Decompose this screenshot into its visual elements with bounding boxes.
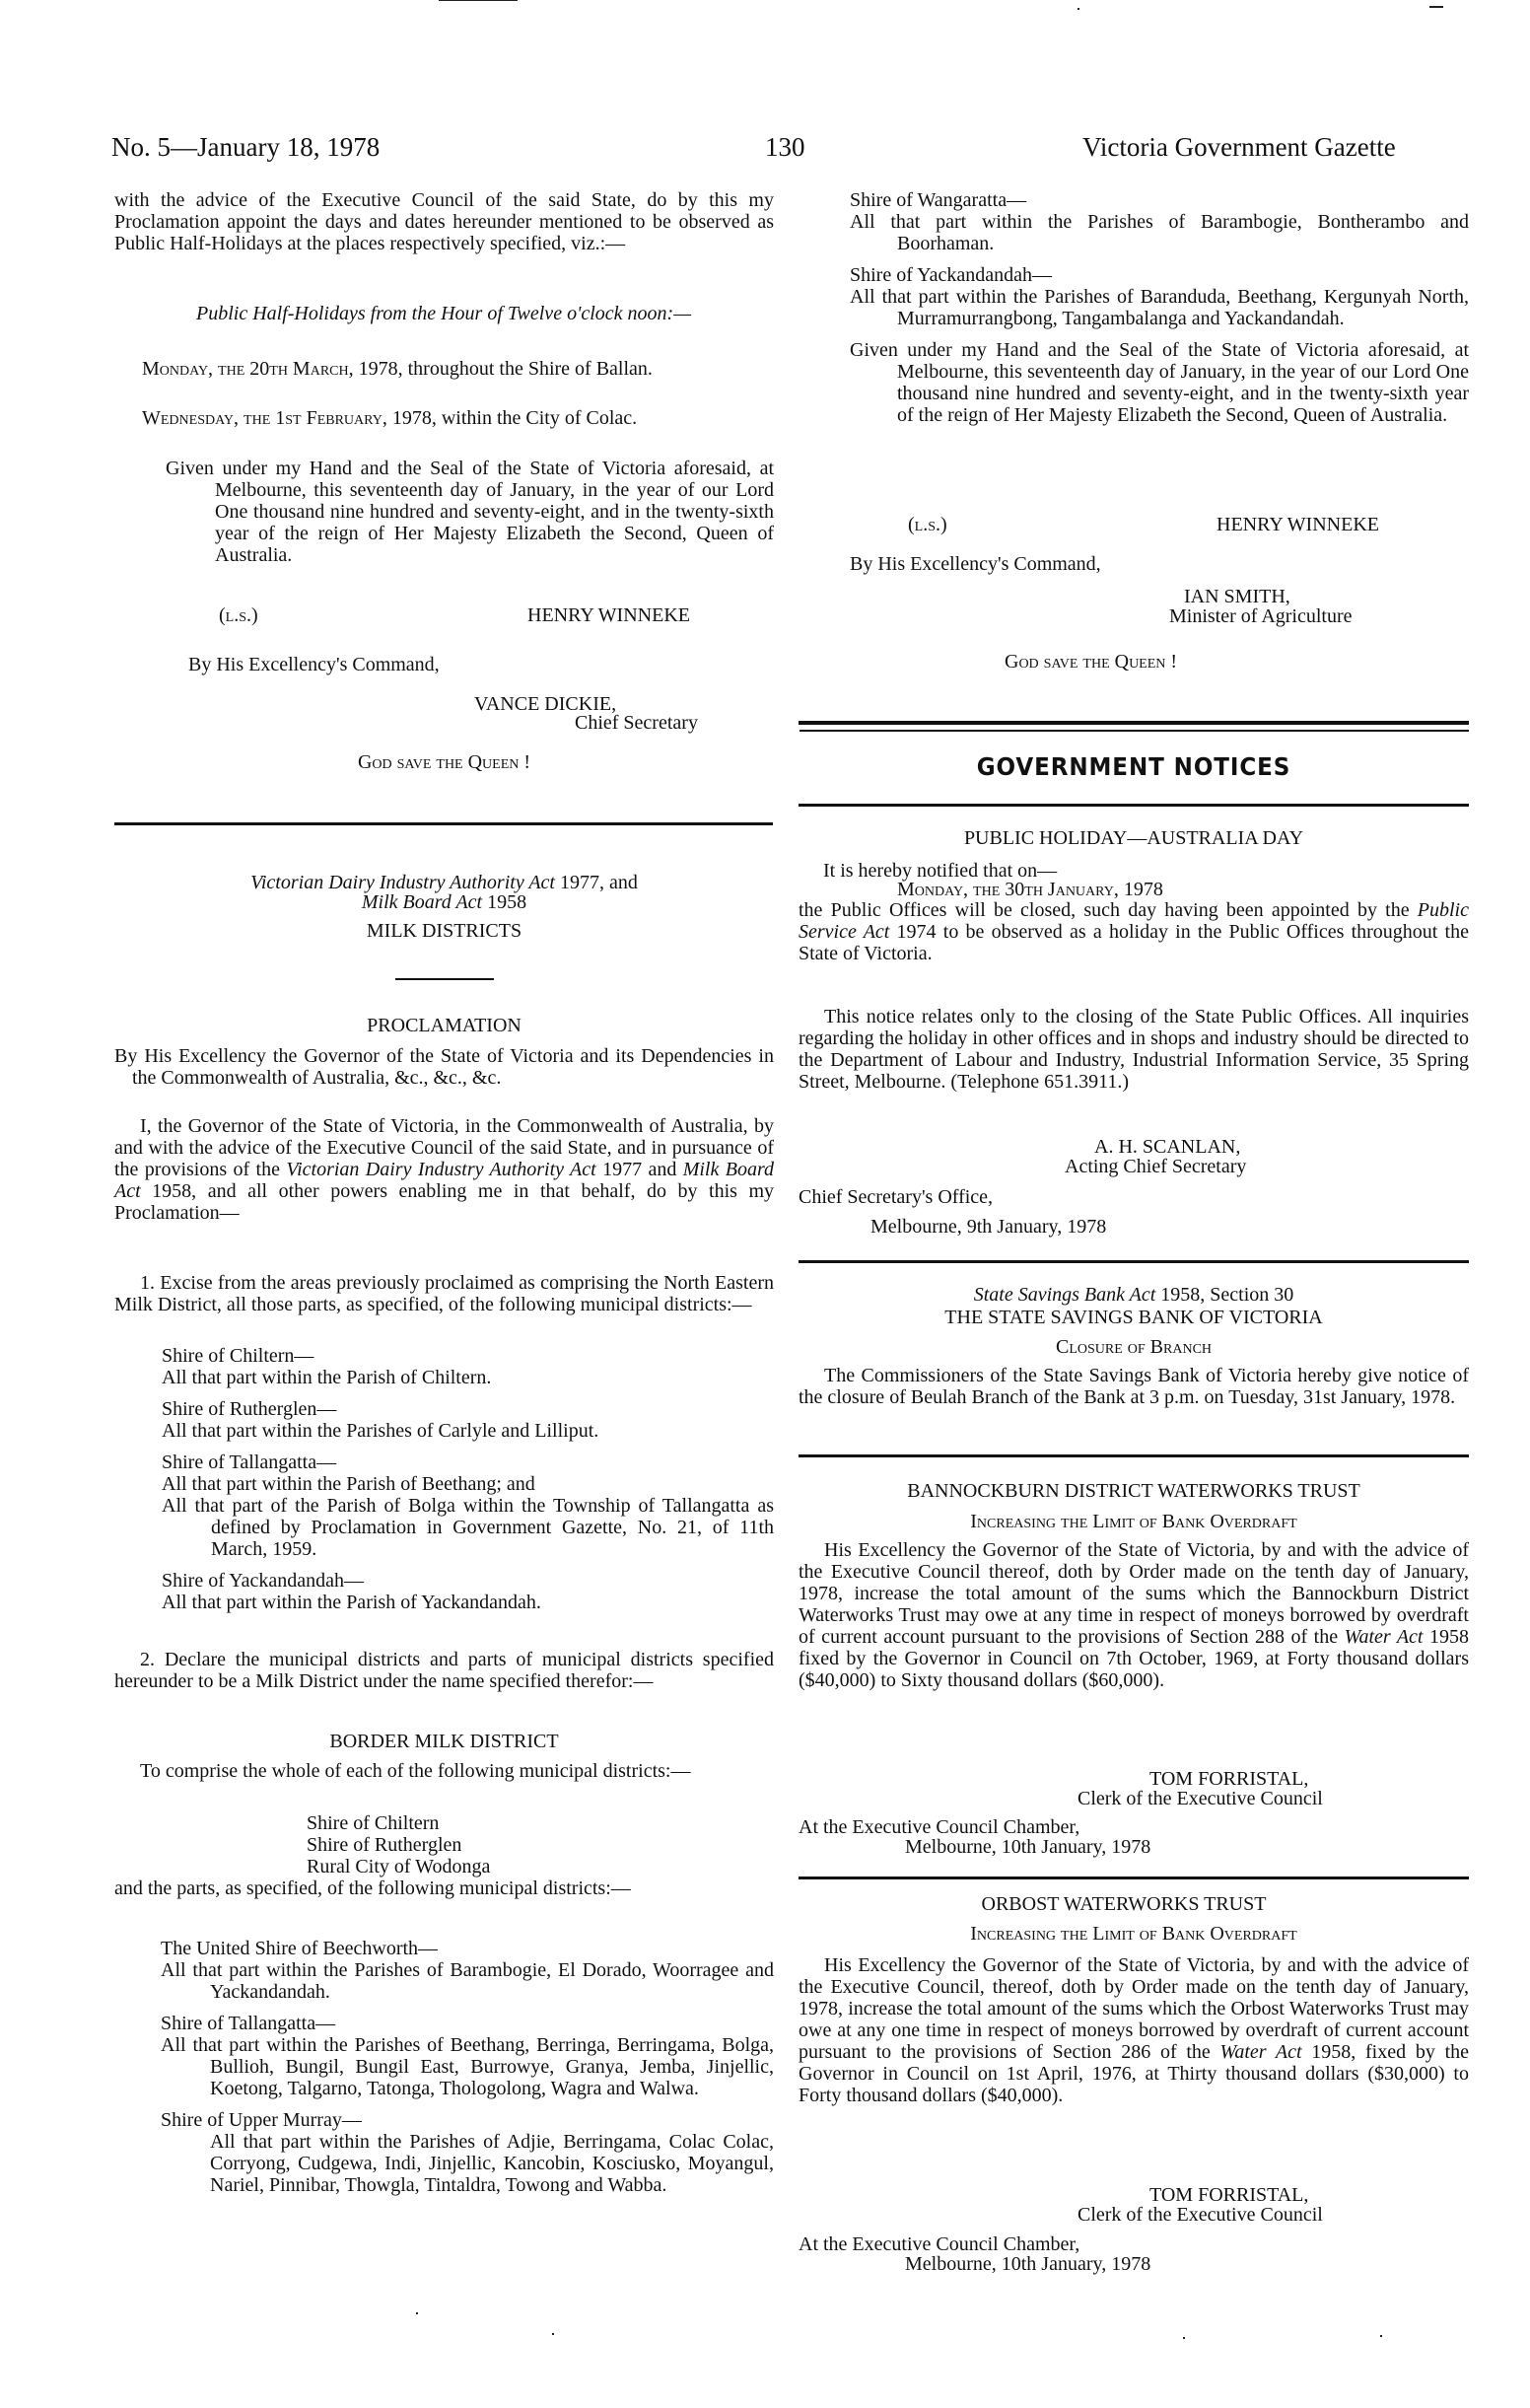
scan-speck <box>1380 2335 1382 2337</box>
given-under-hand: Given under my Hand and the Seal of the … <box>166 458 774 566</box>
page-number: 130 <box>765 132 805 162</box>
double-rule-bottom <box>800 730 1469 732</box>
office-line: Chief Secretary's Office, <box>799 1186 993 1208</box>
holiday-entry: Monday, the 20th March, 1978, throughout… <box>142 358 774 380</box>
bank-title: THE STATE SAVINGS BANK OF VICTORIA <box>799 1307 1469 1328</box>
shire-part: All that part within the Parish of Beeth… <box>162 1473 774 1495</box>
body-text: 1974 to be observed as a holiday in the … <box>799 921 1469 964</box>
scan-speck <box>416 2312 418 2314</box>
governor-name: HENRY WINNEKE <box>527 604 690 626</box>
signatory-title: Chief Secretary <box>575 712 698 734</box>
double-rule-top <box>799 721 1469 725</box>
district-item: Shire of Rutherglen <box>307 1834 490 1856</box>
whole-districts-list: Shire of Chiltern Shire of Rutherglen Ru… <box>307 1812 490 1877</box>
short-divider <box>395 978 494 980</box>
governor-name: HENRY WINNEKE <box>1217 514 1379 535</box>
district-item: Rural City of Wodonga <box>307 1856 490 1877</box>
given-under-hand: Given under my Hand and the Seal of the … <box>850 339 1469 426</box>
signatory-name: IAN SMITH, <box>1184 586 1290 607</box>
holiday-place: within the City of Colac. <box>442 407 637 429</box>
bannockburn-subtitle: Increasing the Limit of Bank Overdraft <box>799 1511 1469 1532</box>
seal: (l.s.) <box>219 604 258 626</box>
god-save-the-queen: God save the Queen ! <box>1005 651 1177 673</box>
seal: (l.s.) <box>908 514 947 535</box>
orbost-body: His Excellency the Governor of the State… <box>799 1954 1469 2106</box>
shire-part: All that part within the Parishes of Bar… <box>161 1959 774 2003</box>
act-name: Victorian Dairy Industry Authority Act <box>286 1159 595 1180</box>
shire-part: All that part within the Parishes of Car… <box>162 1420 774 1442</box>
clause-1: 1. Excise from the areas previously proc… <box>114 1272 774 1315</box>
signatory-title: Minister of Agriculture <box>1169 605 1353 627</box>
section-divider <box>799 804 1469 807</box>
proclamation-intro: with the advice of the Executive Council… <box>114 189 774 254</box>
place-date: Melbourne, 10th January, 1978 <box>905 2253 1150 2275</box>
shire-name: Shire of Tallangatta— <box>161 2013 774 2034</box>
section-divider <box>799 1877 1469 1879</box>
shire-name: Shire of Yackandandah— <box>850 264 1469 286</box>
shire-name: Shire of Rutherglen— <box>162 1398 774 1420</box>
act-name: Water Act <box>1220 2041 1302 2063</box>
signatory-name: A. H. SCANLAN, <box>1094 1136 1240 1158</box>
holiday-date: Monday, the 30th January, 1978 <box>897 879 1163 900</box>
god-save-the-queen: God save the Queen ! <box>114 751 774 773</box>
border-milk-district-title: BORDER MILK DISTRICT <box>114 1731 774 1752</box>
act-year: 1977, and <box>555 872 638 893</box>
australia-day-title: PUBLIC HOLIDAY—AUSTRALIA DAY <box>799 827 1469 849</box>
place-date: Melbourne, 10th January, 1978 <box>905 1836 1150 1858</box>
shire-name: Shire of Tallangatta— <box>162 1452 774 1473</box>
shire-part: All that part within the Parish of Yacka… <box>162 1592 774 1613</box>
australia-day-note: This notice relates only to the closing … <box>799 1006 1469 1093</box>
bank-act-line: State Savings Bank Act 1958, Section 30 <box>799 1284 1469 1306</box>
gazette-page: No. 5—January 18, 1978 130 Victoria Gove… <box>0 0 1530 2408</box>
clause-2: 2. Declare the municipal districts and p… <box>114 1649 774 1692</box>
shire-part: All that part within the Parishes of Bar… <box>850 211 1469 254</box>
bank-subtitle: Closure of Branch <box>799 1336 1469 1358</box>
shire-name: Shire of Yackandandah— <box>162 1570 774 1592</box>
district-item: Shire of Chiltern <box>307 1812 490 1834</box>
shire-name: The United Shire of Beechworth— <box>161 1938 774 1959</box>
orbost-title: ORBOST WATERWORKS TRUST <box>799 1893 1469 1915</box>
shire-part: All that part within the Parish of Chilt… <box>162 1367 774 1388</box>
scan-speck <box>1429 6 1443 8</box>
holiday-place: throughout the Shire of Ballan. <box>408 358 653 380</box>
comprise-text: To comprise the whole of each of the fol… <box>114 1760 774 1782</box>
holiday-date: Monday, the 20th March, 1978, <box>142 358 403 380</box>
signatory-name: TOM FORRISTAL, <box>1149 1768 1308 1790</box>
act-year: 1958 <box>482 891 526 913</box>
milk-act-line-1: Victorian Dairy Industry Authority Act 1… <box>114 872 774 893</box>
signatory-name: TOM FORRISTAL, <box>1149 2184 1308 2206</box>
act-name: Victorian Dairy Industry Authority Act <box>250 872 555 893</box>
act-name: Milk Board Act <box>362 891 482 913</box>
para-text: 1958, and all other powers enabling me i… <box>114 1180 774 1224</box>
section-divider <box>114 822 773 825</box>
scan-speck <box>1078 8 1079 10</box>
section-divider <box>799 1454 1469 1457</box>
para-text: 1977 and <box>596 1159 683 1180</box>
shire-name: Shire of Chiltern— <box>162 1345 774 1367</box>
act-name: State Savings Bank Act <box>974 1284 1156 1306</box>
proclamation-paragraph: I, the Governor of the State of Victoria… <box>114 1115 774 1224</box>
scan-speck <box>552 2333 554 2335</box>
act-name: Water Act <box>1345 1626 1424 1648</box>
shire-part: All that part of the Parish of Bolga wit… <box>162 1495 774 1560</box>
holiday-entry: Wednesday, the 1st February, 1978, withi… <box>142 407 774 429</box>
issue-number: No. 5—January 18, 1978 <box>111 132 380 162</box>
half-holiday-heading: Public Half-Holidays from the Hour of Tw… <box>138 303 749 324</box>
bank-body: The Commissioners of the State Savings B… <box>799 1365 1469 1408</box>
bannockburn-body: His Excellency the Governor of the State… <box>799 1539 1469 1691</box>
shire-name: Shire of Upper Murray— <box>161 2109 774 2131</box>
signatory-title: Clerk of the Executive Council <box>1078 2204 1323 2226</box>
command-line: By His Excellency's Command, <box>850 553 1101 575</box>
orbost-subtitle: Increasing the Limit of Bank Overdraft <box>799 1923 1469 1945</box>
shire-part: All that part within the Parishes of Bee… <box>161 2034 774 2099</box>
partial-districts-list: The United Shire of Beechworth— All that… <box>161 1938 774 2196</box>
act-section: 1958, Section 30 <box>1155 1284 1293 1306</box>
proclamation-title: PROCLAMATION <box>114 1015 774 1036</box>
scan-speck <box>1183 2337 1185 2339</box>
place-line: At the Executive Council Chamber, <box>799 2233 1079 2255</box>
place-line: At the Executive Council Chamber, <box>799 1816 1079 1838</box>
shire-part: All that part within the Parishes of Bar… <box>850 286 1469 329</box>
bannockburn-title: BANNOCKBURN DISTRICT WATERWORKS TRUST <box>799 1480 1469 1502</box>
publication-title: Victoria Government Gazette <box>1082 132 1396 162</box>
command-line: By His Excellency's Command, <box>188 654 440 675</box>
shire-part: All that part within the Parishes of Adj… <box>161 2131 774 2196</box>
holiday-date: Wednesday, the 1st February, 1978, <box>142 407 437 429</box>
and-parts-text: and the parts, as specified, of the foll… <box>114 1877 774 1899</box>
signatory-title: Acting Chief Secretary <box>1065 1156 1246 1177</box>
government-notices-heading: GOVERNMENT NOTICES <box>825 756 1442 778</box>
australia-day-body: the Public Offices will be closed, such … <box>799 899 1469 964</box>
signatory-title: Clerk of the Executive Council <box>1078 1788 1323 1809</box>
body-text: the Public Offices will be closed, such … <box>799 899 1418 921</box>
section-divider <box>799 1260 1469 1263</box>
continued-districts: Shire of Wangaratta— All that part withi… <box>850 189 1469 426</box>
milk-act-line-2: Milk Board Act 1958 <box>114 891 774 913</box>
by-governor: By His Excellency the Governor of the St… <box>114 1045 774 1089</box>
office-date: Melbourne, 9th January, 1978 <box>870 1216 1106 1238</box>
milk-districts-title: MILK DISTRICTS <box>114 920 774 942</box>
excised-list: Shire of Chiltern— All that part within … <box>162 1345 774 1613</box>
shire-name: Shire of Wangaratta— <box>850 189 1469 211</box>
scan-speck <box>439 0 518 1</box>
